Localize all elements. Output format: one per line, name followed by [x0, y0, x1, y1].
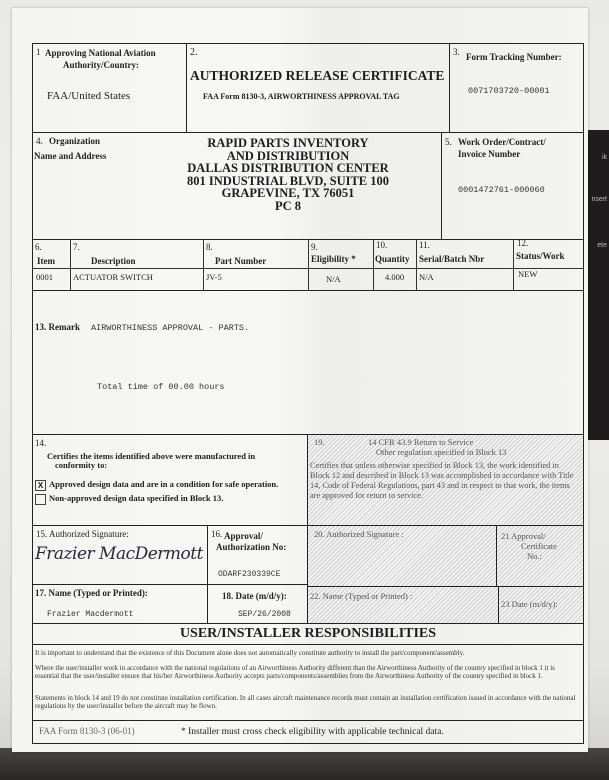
address-line: PC 8	[143, 200, 433, 213]
block-20-signature: 20. Authorized Signature :	[307, 525, 497, 587]
column-header-part-number: Part Number	[215, 256, 266, 266]
address-line: DALLAS DISTRIBUTION CENTER	[143, 162, 433, 175]
block-22-label: 22. Name (Typed or Printed) :	[310, 591, 412, 601]
date-label: 18. Date (m/d/y):	[222, 591, 287, 601]
work-order-label: Work Order/Contract/	[458, 137, 546, 147]
block-22-name: 22. Name (Typed or Printed) :	[307, 586, 499, 624]
block-18-date: 18. Date (m/d/y): SEP/26/2008	[207, 584, 308, 624]
block-14-manufacture-cert: 14. Certifies the items identified above…	[32, 434, 308, 526]
background-text: ete	[597, 242, 607, 249]
background-text: nsert	[591, 196, 607, 203]
form-id: FAA Form 8130-3 (06-01)	[39, 726, 135, 736]
block-1-label: Approving National Aviation	[45, 48, 156, 58]
approved-design-checkbox[interactable]: X	[35, 480, 46, 491]
block-5-work-order: 5. Work Order/Contract/ Invoice Number 0…	[441, 132, 584, 240]
responsibilities-title: USER/INSTALLER RESPONSIBILITIES	[180, 626, 436, 641]
block-23-label: 23 Date (m/d/y):	[501, 599, 558, 609]
col-8-number: 8.	[206, 242, 213, 252]
block-13-remarks: 13. Remark AIRWORTHINESS APPROVAL - PART…	[32, 290, 584, 435]
block-16-approval-number: 16. Approval/ Authorization No: ODARF230…	[207, 525, 308, 585]
column-header-description: Description	[91, 256, 136, 266]
block-15-signature: 15. Authorized Signature: Frazier MacDer…	[32, 525, 208, 585]
block-2-title: 2. AUTHORIZED RELEASE CERTIFICATE FAA Fo…	[186, 43, 450, 133]
column-header-status: Status/Work	[516, 251, 565, 261]
block-20-label: 20. Authorized Signature :	[314, 529, 404, 539]
name-label: 17. Name (Typed or Printed):	[35, 588, 148, 598]
block-21-certificate: 21 Approval/ Certificate No.:	[496, 525, 584, 587]
col-7-number: 7.	[73, 242, 80, 252]
organization-label-2: Name and Address	[34, 151, 106, 161]
approval-label-2: Authorization No:	[216, 542, 286, 552]
certificate-title: AUTHORIZED RELEASE CERTIFICATE	[190, 68, 444, 84]
non-approved-design-checkbox[interactable]	[35, 494, 46, 505]
address-line: RAPID PARTS INVENTORY	[143, 137, 433, 150]
remark-label-wrapper: 13. Remark	[35, 322, 80, 332]
tracking-number-value: 0071703720-00001	[468, 86, 550, 96]
cell-eligibility: N/A	[326, 274, 341, 284]
column-header-serial: Serial/Batch Nbr	[419, 254, 484, 264]
block-21-label: 21 Approval/	[501, 531, 546, 541]
cell-status: NEW	[518, 269, 537, 279]
approving-authority-value: FAA/United States	[47, 90, 130, 102]
block-1-approving-authority: 1 Approving National Aviation Authority/…	[32, 43, 187, 133]
responsibilities-body: It is important to understand that the e…	[32, 644, 584, 721]
signature: Frazier MacDermott	[35, 544, 203, 564]
block-5-number: 5.	[445, 137, 452, 147]
cell-item: 0001	[36, 272, 53, 282]
signature-label: 15. Authorized Signature:	[36, 529, 129, 539]
column-header-item: Item	[37, 256, 55, 266]
total-time: Total time of 00.00 hours	[97, 382, 225, 392]
remark-label: 13. Remark	[35, 322, 80, 332]
block-2-number: 2.	[190, 47, 198, 58]
remark-value: AIRWORTHINESS APPROVAL - PARTS.	[91, 323, 249, 333]
table-surface	[0, 748, 609, 780]
return-to-service-option: 14 CFR 43.9 Return to Service	[368, 437, 473, 447]
col-6-number: 6.	[35, 242, 42, 252]
col-9-number: 9.	[311, 242, 318, 252]
eligibility-note: * Installer must cross check eligibility…	[181, 727, 444, 737]
date-value: SEP/26/2008	[238, 610, 291, 619]
other-regulation-option: Other regulation specified in Block 13	[376, 447, 507, 457]
option-label: Approved design data and are in a condit…	[49, 479, 278, 489]
block-3-number: 3.	[453, 47, 460, 57]
block-19-text: Certifies that unless otherwise specifie…	[310, 461, 578, 501]
certificate-subtitle: FAA Form 8130-3, AIRWORTHINESS APPROVAL …	[203, 92, 400, 101]
block-1-number: 1	[36, 47, 41, 57]
col-12-number: 12.	[517, 238, 528, 248]
column-header-eligibility: Eligibility *	[311, 254, 356, 264]
organization-label: Organization	[49, 136, 100, 146]
cell-description: ACTUATOR SWITCH	[73, 272, 153, 282]
block-21-label-3: No.:	[527, 551, 542, 561]
responsibilities-para-1: It is important to understand that the e…	[35, 649, 580, 657]
form-footer: FAA Form 8130-3 (06-01) * Installer must…	[32, 720, 584, 744]
work-order-label-2: Invoice Number	[458, 149, 520, 159]
certificate-document: 1 Approving National Aviation Authority/…	[12, 8, 588, 752]
responsibilities-para-3: Statements in block 14 and 19 do not con…	[35, 694, 580, 710]
block-19-number: 19.	[314, 437, 325, 447]
col-11-number: 11.	[419, 240, 430, 250]
cell-serial: N/A	[419, 272, 434, 282]
approval-number-value: ODARF230339CE	[218, 570, 280, 579]
option-non-approved-design[interactable]: Non-approved design data specified in Bl…	[35, 493, 223, 505]
block-4-organization: 4. Organization Name and Address RAPID P…	[32, 132, 442, 240]
tracking-number-label: Form Tracking Number:	[466, 52, 562, 62]
block-16-number: 16.	[211, 529, 222, 539]
block-19-return-to-service: 19. 14 CFR 43.9 Return to Service Other …	[307, 434, 584, 526]
organization-address: RAPID PARTS INVENTORY AND DISTRIBUTION D…	[143, 137, 433, 212]
option-label: Non-approved design data specified in Bl…	[49, 493, 223, 503]
responsibilities-header: USER/INSTALLER RESPONSIBILITIES	[32, 623, 584, 645]
address-line: GRAPEVINE, TX 76051	[143, 187, 433, 200]
block-17-name: 17. Name (Typed or Printed): Frazier Mac…	[32, 584, 208, 624]
block-14-text-2: conformity to:	[55, 460, 107, 470]
name-value: Frazier Macdermott	[47, 610, 133, 619]
block-14-number: 14.	[35, 438, 46, 448]
col-10-number: 10.	[376, 240, 387, 250]
approval-label: Approval/	[224, 531, 263, 541]
work-order-value: 0001472761-000060	[458, 185, 545, 195]
items-table: 6. Item 7. Description 8. Part Number 9.…	[32, 239, 584, 291]
responsibilities-para-2: Where the user/installer work in accorda…	[35, 664, 580, 680]
background-text: ik	[602, 154, 607, 161]
column-header-quantity: Quantity	[375, 254, 410, 264]
cell-quantity: 4.000	[385, 272, 404, 282]
option-approved-design[interactable]: XApproved design data and are in a condi…	[35, 479, 278, 491]
block-3-tracking-number: 3. Form Tracking Number: 0071703720-0000…	[449, 43, 584, 133]
block-4-number: 4.	[36, 136, 43, 146]
cell-part-number: JV-5	[206, 272, 222, 282]
block-23-date: 23 Date (m/d/y):	[498, 586, 584, 624]
block-21-label-2: Certificate	[521, 541, 557, 551]
block-1-label-2: Authority/Country:	[63, 60, 139, 70]
